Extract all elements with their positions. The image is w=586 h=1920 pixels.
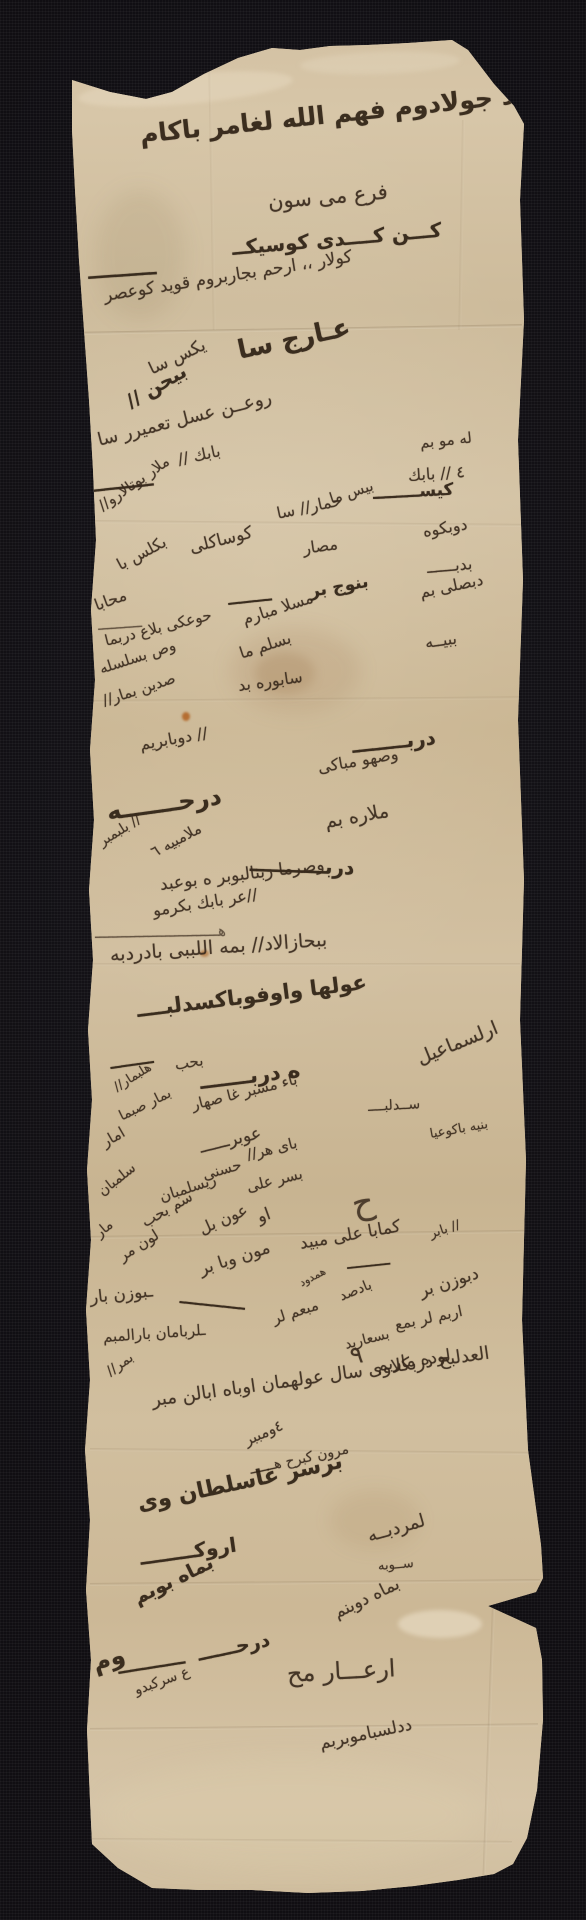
- script-line: ه دربـــــــ: [199, 1060, 302, 1093]
- crease: [90, 1723, 538, 1731]
- script-line: يكس سا: [146, 337, 208, 378]
- script-line: وصرما ربنالبوبر ه بوعبد: [159, 857, 325, 894]
- script-line: ـــــــــ: [346, 1254, 390, 1272]
- stain: [182, 712, 190, 721]
- script-line: لمردبــه: [366, 1512, 428, 1546]
- script-line: ددلسباموبربم: [318, 1717, 413, 1753]
- script-line: دربــــــــ: [351, 727, 437, 756]
- script-line: باء مسبر غا صهار: [190, 1072, 299, 1113]
- script-line: ريسلمبان: [158, 1172, 218, 1204]
- stain: [77, 65, 294, 114]
- script-line: ملامبيه ٦: [148, 821, 204, 860]
- script-line: صدين بمار//: [101, 671, 178, 709]
- script-line: كمابا على مبيد: [299, 1218, 402, 1252]
- script-line: عـارج سا: [235, 314, 352, 363]
- script-line: ــــــــــ: [91, 472, 154, 496]
- script-line: بنوج بر: [309, 574, 370, 601]
- crease: [458, 120, 465, 330]
- script-line: لوده ماربم: [376, 1348, 452, 1375]
- script-line: ببيــه: [424, 631, 458, 651]
- crease: [72, 324, 522, 335]
- script-line: ٤ // بابك: [407, 464, 465, 484]
- script-line: درحـــــــه: [105, 784, 223, 824]
- script-line: دوبكوه: [422, 516, 469, 540]
- script-line: ـبوزن بار: [89, 1283, 154, 1307]
- script-line: بابك //: [176, 443, 222, 468]
- stain: [330, 1490, 420, 1550]
- script-line: ـلربامان بارالمبم: [102, 1323, 205, 1345]
- stain: [200, 950, 209, 957]
- crease: [90, 963, 520, 966]
- script-line: بيس ما: [328, 478, 376, 506]
- script-line: لون مر: [116, 1228, 162, 1264]
- script-line: كوساكلى: [188, 525, 254, 557]
- script-line: ملار بوتالارو//: [96, 454, 172, 514]
- script-line: عوبرــــــ: [198, 1125, 263, 1157]
- script-line: سلمبان: [96, 1161, 139, 1199]
- crease: [92, 1838, 512, 1844]
- script-line: بنيه باكوعيا: [429, 1118, 489, 1141]
- script-line: ٩: [348, 1342, 364, 1368]
- script-line: فرع مى سون: [267, 182, 388, 213]
- script-line: ــــــــــ: [97, 615, 142, 633]
- script-line: مون وبا بر: [197, 1240, 272, 1279]
- crease: [90, 1579, 540, 1586]
- script-line: // دوبابريم: [139, 725, 209, 753]
- stain: [95, 190, 185, 320]
- script-line: وص بسلسله: [98, 638, 178, 677]
- script-line: مرون كبرح هــــــ: [249, 1442, 351, 1477]
- script-line: بادصد: [337, 1278, 373, 1304]
- crease-lines: [0, 0, 586, 1920]
- script-line: مبعم لر: [271, 1298, 321, 1327]
- script-line: ببحازالاد// بمه اللببى بادردبه: [109, 931, 327, 965]
- script-line: عولها واوفوباكسدلبــــ: [136, 972, 368, 1021]
- crease: [208, 50, 216, 330]
- script-line: كـــن كــــدى كوسيكــ: [231, 220, 442, 258]
- script-line: وم: [89, 1643, 127, 1676]
- script-line: حوعكى بلاع دربما: [103, 608, 213, 649]
- script-line: وصهو مباكى: [317, 746, 400, 776]
- script-line: باى هر//: [245, 1136, 299, 1163]
- script-line: درحــــــ: [196, 1631, 272, 1665]
- fabric-background: هلمحمــــد جولادوم فهم الله لغامر باكامف…: [0, 0, 586, 1920]
- script-line: ٤ومببر: [242, 1418, 285, 1448]
- script-line: ســدلبــــ: [368, 1097, 421, 1114]
- script-line: كولار ،، ارحم بجاربروم قويد كوعصر: [103, 249, 354, 305]
- script-line: بسلم ما: [238, 630, 294, 662]
- script-line: بماه بوبم: [131, 1553, 217, 1608]
- script-line: ــــــــ: [227, 587, 272, 607]
- script-line: // بلبمبر: [96, 812, 143, 849]
- script-line: كيســــــــ: [373, 482, 454, 503]
- stain: [300, 49, 461, 77]
- script-line: بيحن //: [123, 362, 190, 412]
- script-line: اربم لر بمع: [393, 1304, 463, 1333]
- script-line: هــــــــــــــــــــــــــــ: [95, 924, 226, 941]
- stain: [255, 652, 315, 694]
- script-line: ســوبه: [377, 1557, 414, 1573]
- script-line: بسر على: [245, 1166, 304, 1194]
- crease: [85, 520, 525, 527]
- stain: [100, 1760, 480, 1870]
- script-line: هلبمار//: [112, 1061, 154, 1094]
- script-line: دبوزن بر: [417, 1265, 481, 1300]
- script-line: هلمحمــــد جولادوم فهم الله لغامر باكام: [139, 71, 586, 147]
- script-line: ــــــــــ: [87, 257, 157, 282]
- crease: [482, 1605, 495, 1890]
- script-line: العدلبح دربكلاوى سال عولهمان اوباه ابالن…: [151, 1345, 491, 1410]
- script-line: بمر//: [104, 1351, 136, 1379]
- script-line: دبصلى بم: [418, 572, 484, 601]
- script-line: ارلسماعيل: [414, 1019, 500, 1069]
- script-line: اروكــــــــ: [139, 1535, 238, 1568]
- script-line: //عر بابك بكرمو: [152, 887, 259, 919]
- stain: [230, 628, 360, 713]
- script-line: ــــــــــــ: [179, 1290, 246, 1313]
- stain-marks: [0, 0, 586, 1920]
- handwriting-layer: هلمحمــــد جولادوم فهم الله لغامر باكامف…: [0, 0, 586, 1920]
- script-line: بدبــــــ: [426, 556, 473, 576]
- script-line: مار: [93, 1218, 116, 1241]
- script-line: له مو بم: [419, 431, 472, 451]
- crease: [90, 1448, 528, 1455]
- script-line: ارعـــار مح: [286, 1656, 396, 1686]
- script-line: مسلا مبارم: [241, 590, 316, 628]
- script-line: او: [255, 1206, 273, 1226]
- stain: [398, 1610, 482, 1638]
- script-line: // بابر: [428, 1219, 462, 1241]
- crease: [88, 1230, 526, 1239]
- script-line: حمار// سا: [275, 492, 343, 521]
- script-line: روعــن عسل تعميرر سا: [96, 389, 274, 450]
- script-line: سابوره بد: [237, 669, 304, 694]
- script-line: بماه دوبنم: [331, 1576, 402, 1622]
- script-line: ح: [348, 1184, 377, 1222]
- script-line: برسر غاسلطان وى: [136, 1451, 345, 1516]
- script-line: دربـــــــــــ: [250, 854, 355, 878]
- script-line: عون بل: [197, 1202, 250, 1237]
- script-line: بحب: [174, 1053, 205, 1073]
- script-line: ملاره بم: [323, 802, 390, 832]
- script-line: محابا: [92, 587, 129, 613]
- script-line: حسنى: [201, 1157, 243, 1182]
- script-line: ــــــــ: [109, 1050, 155, 1072]
- script-line: سم بحب: [139, 1189, 195, 1230]
- script-line: بكلس با: [114, 534, 169, 573]
- script-line: بسعاربد: [343, 1327, 390, 1352]
- script-line: بمار صبما: [117, 1086, 173, 1123]
- script-line: ـــــــــــ: [117, 1650, 187, 1678]
- crease: [88, 696, 523, 703]
- script-line: ع سركبدو: [133, 1665, 192, 1698]
- script-line: امار: [99, 1125, 127, 1150]
- script-line: مصار: [302, 536, 339, 557]
- manuscript-paper: هلمحمــــد جولادوم فهم الله لغامر باكامف…: [0, 0, 586, 1920]
- script-line: همدود: [297, 1265, 327, 1288]
